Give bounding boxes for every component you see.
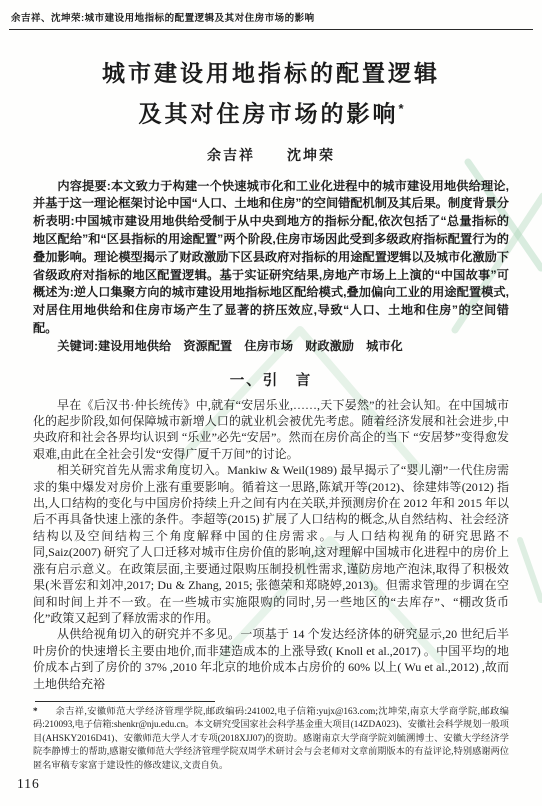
watermark-stroke — [520, 540, 541, 600]
body-paragraph-1: 早在《后汉书·仲长统传》中,就有“安居乐业,……,天下晏然”的社会认知。在中国城… — [33, 397, 509, 463]
running-header: 余吉祥、沈坤荣:城市建设用地指标的配置逻辑及其对住房市场的影响 — [9, 8, 533, 30]
article-title-line1: 城市建设用地指标的配置逻辑 — [102, 60, 440, 86]
title-footnote-marker: * — [398, 101, 403, 116]
footnote-marker: * — [33, 705, 55, 718]
keywords-text: 建设用地供给 资源配置 住房市场 财政激励 城市化 — [98, 339, 403, 353]
body-paragraph-3: 从供给视角切入的研究并不多见。一项基于 14 个发达经济体的研究显示,20 世纪… — [33, 626, 509, 692]
footnote: *余吉祥,安徽师范大学经济管理学院,邮政编码:241002,电子信箱:yujx@… — [33, 705, 509, 772]
page-number: 116 — [17, 776, 40, 792]
abstract-label: 内容提要: — [57, 179, 110, 193]
article-title-line2: 及其对住房市场的影响 — [138, 101, 398, 127]
section-heading-introduction: 一、引 言 — [33, 369, 509, 390]
keywords: 关键词:建设用地供给 资源配置 住房市场 财政激励 城市化 — [33, 338, 509, 356]
abstract: 内容提要:本文致力于构建一个快速城市化和工业化进程中的城市建设用地供给理论,并基… — [33, 178, 509, 338]
keywords-label: 关键词: — [57, 339, 98, 353]
authors: 余吉祥 沈坤荣 — [33, 145, 509, 165]
article-title: 城市建设用地指标的配置逻辑 及其对住房市场的影响* — [33, 56, 509, 132]
journal-page: 余吉祥、沈坤荣:城市建设用地指标的配置逻辑及其对住房市场的影响 城市建设用地指标… — [0, 0, 542, 806]
abstract-text: 本文致力于构建一个快速城市化和工业化进程中的城市建设用地供给理论,并基于这一理论… — [33, 179, 509, 335]
body-paragraph-2: 相关研究首先从需求角度切入。Mankiw & Weil(1989) 最早揭示了“… — [33, 462, 509, 626]
footnote-text: 余吉祥,安徽师范大学经济管理学院,邮政编码:241002,电子信箱:yujx@1… — [33, 706, 509, 770]
footnote-separator — [35, 701, 215, 702]
